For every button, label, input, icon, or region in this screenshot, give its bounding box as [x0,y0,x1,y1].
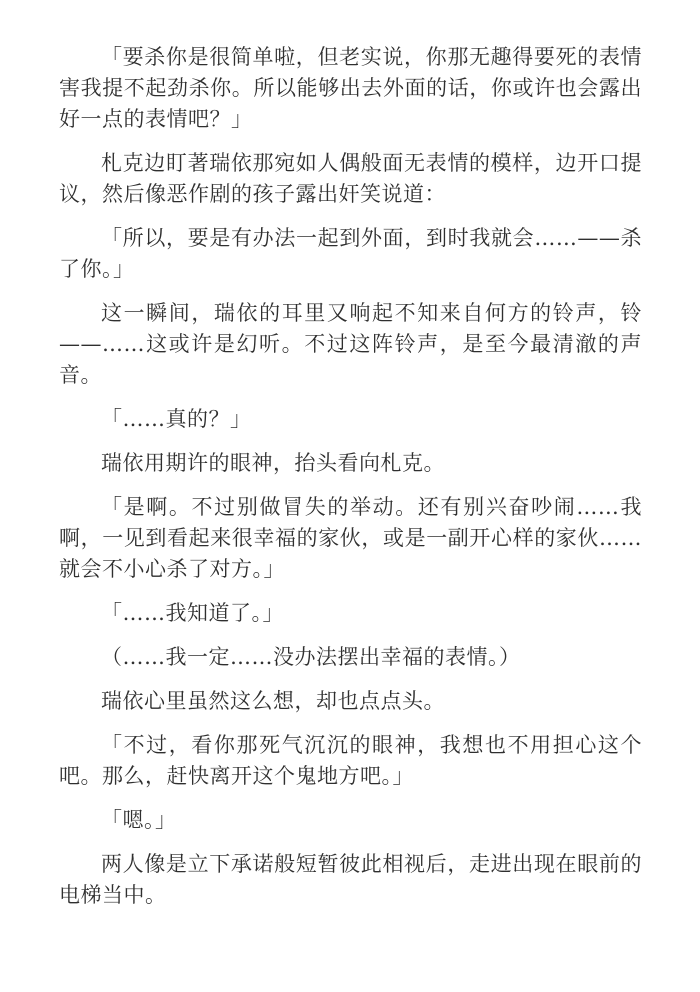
paragraph-narration-3: 瑞依用期许的眼神，抬头看向札克。 [59,448,642,479]
paragraph-dialogue-5: 「……我知道了。」 [59,598,642,629]
paragraph-narration-2: 这一瞬间，瑞依的耳里又响起不知来自何方的铃声，铃——……这或许是幻听。不过这阵铃… [59,298,642,391]
paragraph-dialogue-4: 「是啊。不过别做冒失的举动。还有别兴奋吵闹……我啊，一见到看起来很幸福的家伙，或… [59,492,642,585]
paragraph-narration-1: 札克边盯著瑞依那宛如人偶般面无表情的模样，边开口提议，然后像恶作剧的孩子露出奸笑… [59,148,642,210]
paragraph-dialogue-7: 「嗯。」 [59,805,642,836]
paragraph-dialogue-3: 「……真的？」 [59,404,642,435]
paragraph-dialogue-6: 「不过，看你那死气沉沉的眼神，我想也不用担心这个吧。那么，赶快离开这个鬼地方吧。… [59,730,642,792]
paragraph-thought-1: （……我一定……没办法摆出幸福的表情。） [59,642,642,673]
novel-page: 「要杀你是很简单啦，但老实说，你那无趣得要死的表情害我提不起劲杀你。所以能够出去… [0,0,700,992]
paragraph-narration-5: 两人像是立下承诺般短暂彼此相视后，走进出现在眼前的电梯当中。 [59,849,642,911]
paragraph-dialogue-1: 「要杀你是很简单啦，但老实说，你那无趣得要死的表情害我提不起劲杀你。所以能够出去… [59,42,642,135]
paragraph-dialogue-2: 「所以，要是有办法一起到外面，到时我就会……——杀了你。」 [59,223,642,285]
paragraph-narration-4: 瑞依心里虽然这么想，却也点点头。 [59,686,642,717]
